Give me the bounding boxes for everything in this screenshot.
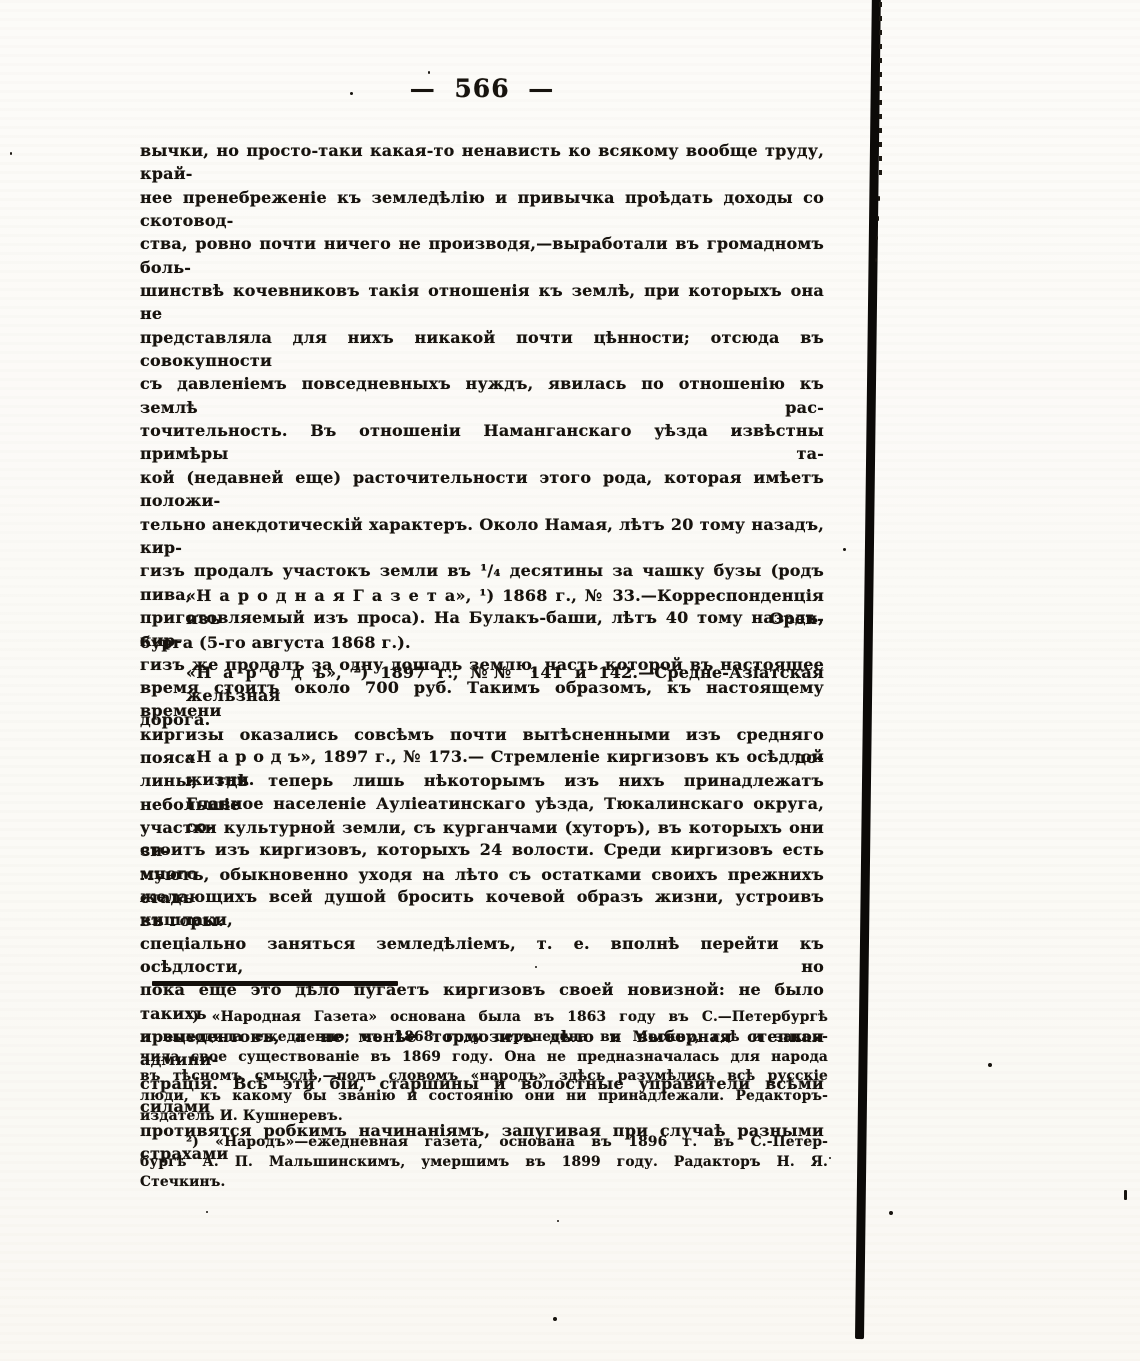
text-line: ¹) «Народная Газета» основана была въ 18… bbox=[140, 1008, 828, 1028]
scan-speck bbox=[889, 1211, 893, 1215]
text-line: «Н а р о д ъ», ²) 1897 г., №№ 141 и 142.… bbox=[140, 661, 824, 708]
text-line: издатель И. Кушнеревъ. bbox=[140, 1107, 828, 1127]
text-line: вычки, но просто-таки какая-то ненависть… bbox=[140, 139, 824, 186]
text-line: представляла для нихъ никакой почти цѣнн… bbox=[140, 326, 824, 373]
text-line: спеціально заняться земледѣліемъ, т. е. … bbox=[140, 932, 824, 979]
text-line: дорога. bbox=[140, 708, 824, 731]
scan-speck bbox=[843, 548, 846, 551]
binding-dash-trail bbox=[879, 2, 882, 178]
citation-entry-1: «Н а р о д н а я Г а з е т а», ¹) 1868 г… bbox=[140, 584, 824, 654]
scan-speck bbox=[878, 196, 880, 201]
scan-speck bbox=[876, 236, 878, 240]
scan-speck bbox=[428, 71, 430, 74]
footnote-2: ²) «Народъ»—ежедневная газета, основана … bbox=[140, 1133, 828, 1192]
text-line: «Н а р о д ъ», 1897 г., № 173.— Стремлен… bbox=[140, 745, 824, 792]
text-line: ²) «Народъ»—ежедневная газета, основана … bbox=[140, 1133, 828, 1153]
scan-speck bbox=[10, 152, 12, 155]
text-line: ства, ровно почти ничего не производя,—в… bbox=[140, 232, 824, 279]
text-line: «Н а р о д н а я Г а з е т а», ¹) 1868 г… bbox=[140, 584, 824, 631]
text-line: Главное населеніе Ауліеатинскаго уѣзда, … bbox=[140, 792, 824, 839]
text-line: чила свое существованіе въ 1869 году. Он… bbox=[140, 1048, 828, 1068]
scan-speck bbox=[553, 1317, 557, 1321]
text-line: люди, къ какому бы званію и состоянію он… bbox=[140, 1087, 828, 1107]
text-line: нее пренебреженіе къ земледѣлію и привыч… bbox=[140, 186, 824, 233]
text-line: и выходила ежедневно; въ 1868 году перен… bbox=[140, 1028, 828, 1048]
scan-speck bbox=[350, 92, 353, 95]
scan-speck bbox=[535, 966, 537, 968]
book-binding-line bbox=[855, 0, 881, 1339]
scan-speck bbox=[988, 1063, 992, 1067]
text-line: шинствѣ кочевниковъ такія отношенія къ з… bbox=[140, 279, 824, 326]
text-line: точительность. Въ отношеніи Наманганскаг… bbox=[140, 419, 824, 466]
footnote-1: ¹) «Народная Газета» основана была въ 18… bbox=[140, 1008, 828, 1127]
scanned-page: — 566 — вычки, но просто-таки какая-то н… bbox=[0, 0, 1140, 1361]
text-line: въ тѣсномъ смыслѣ,—подъ словомъ «народъ»… bbox=[140, 1067, 828, 1087]
text-line: тельно анекдотическій характеръ. Около Н… bbox=[140, 513, 824, 560]
text-line: Стечкинъ. bbox=[140, 1173, 828, 1193]
citation-entry-2: «Н а р о д ъ», ²) 1897 г., №№ 141 и 142.… bbox=[140, 661, 824, 731]
text-line: бургѣ А. П. Мальшинскимъ, умершимъ въ 18… bbox=[140, 1153, 828, 1173]
page-number: — 566 — bbox=[140, 74, 824, 103]
scan-speck bbox=[829, 1157, 831, 1159]
text-line: кой (недавней еще) расточительности этог… bbox=[140, 466, 824, 513]
scan-speck bbox=[1124, 1190, 1127, 1200]
text-line: бурга (5-го августа 1868 г.). bbox=[140, 631, 824, 654]
footnote-separator-rule bbox=[152, 981, 398, 986]
text-line: желающихъ всей душой бросить кочевой обр… bbox=[140, 885, 824, 932]
scan-speck bbox=[557, 1220, 559, 1222]
scan-speck bbox=[206, 1211, 208, 1213]
scan-speck bbox=[877, 216, 879, 221]
scan-speck bbox=[875, 258, 877, 262]
text-line: стоитъ изъ киргизовъ, которыхъ 24 волост… bbox=[140, 838, 824, 885]
text-line: съ давленіемъ повседневныхъ нуждъ, явила… bbox=[140, 372, 824, 419]
